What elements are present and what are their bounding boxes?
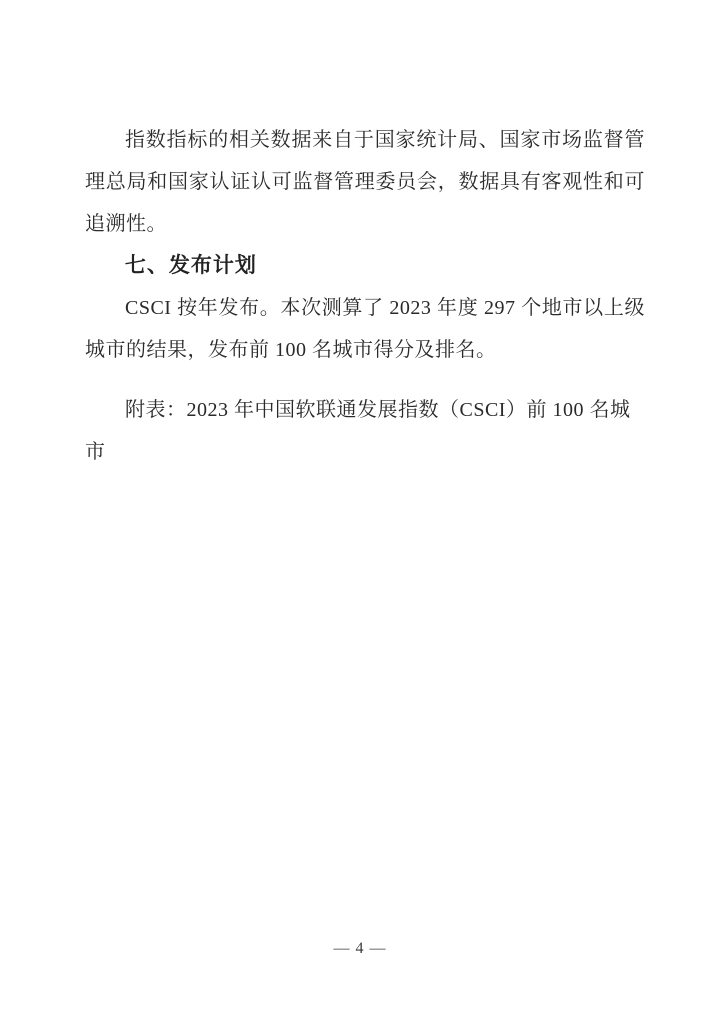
section-heading-release-plan: 七、发布计划 <box>85 245 645 287</box>
attachment-note: 附表：2023 年中国软联通发展指数（CSCI）前 100 名城市 <box>85 389 645 473</box>
paragraph-data-sources: 指数指标的相关数据来自于国家统计局、国家市场监督管理总局和国家认证认可监督管理委… <box>85 119 645 245</box>
document-content: 指数指标的相关数据来自于国家统计局、国家市场监督管理总局和国家认证认可监督管理委… <box>85 119 645 473</box>
page-number: — 4 — <box>0 940 720 958</box>
paragraph-release-plan: CSCI 按年发布。本次测算了 2023 年度 297 个地市以上级城市的结果，… <box>85 287 645 371</box>
document-page: 指数指标的相关数据来自于国家统计局、国家市场监督管理总局和国家认证认可监督管理委… <box>0 0 720 1018</box>
